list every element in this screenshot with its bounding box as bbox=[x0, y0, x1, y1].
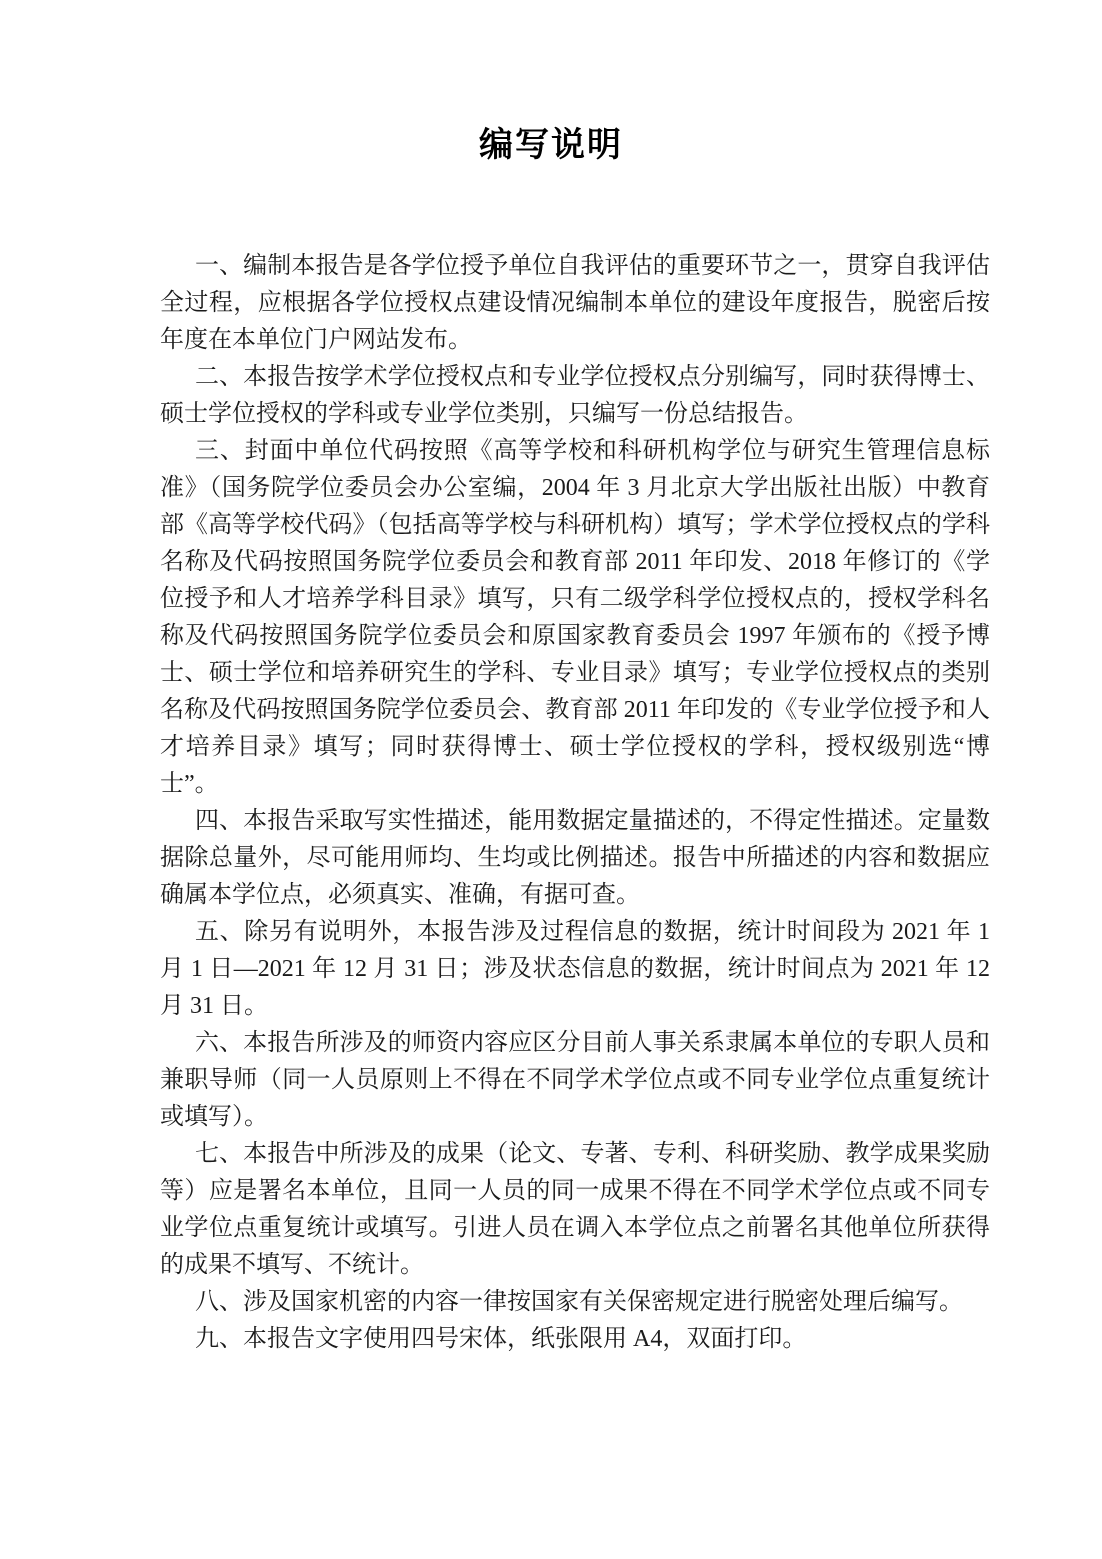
instruction-item-2: 二、本报告按学术学位授权点和专业学位授权点分别编写，同时获得博士、硕士学位授权的… bbox=[160, 359, 990, 433]
page-title: 编写说明 bbox=[0, 0, 1102, 168]
instruction-item-9: 九、本报告文字使用四号宋体，纸张限用 A4，双面打印。 bbox=[160, 1321, 990, 1358]
document-body: 一、编制本报告是各学位授予单位自我评估的重要环节之一，贯穿自我评估全过程，应根据… bbox=[160, 248, 990, 1358]
instruction-item-7: 七、本报告中所涉及的成果（论文、专著、专利、科研奖励、教学成果奖励等）应是署名本… bbox=[160, 1136, 990, 1284]
instruction-item-3: 三、封面中单位代码按照《高等学校和科研机构学位与研究生管理信息标准》（国务院学位… bbox=[160, 433, 990, 803]
instruction-item-6: 六、本报告所涉及的师资内容应区分目前人事关系隶属本单位的专职人员和兼职导师（同一… bbox=[160, 1025, 990, 1136]
instruction-item-4: 四、本报告采取写实性描述，能用数据定量描述的，不得定性描述。定量数据除总量外，尽… bbox=[160, 803, 990, 914]
instruction-item-8: 八、涉及国家机密的内容一律按国家有关保密规定进行脱密处理后编写。 bbox=[160, 1284, 990, 1321]
instruction-item-1: 一、编制本报告是各学位授予单位自我评估的重要环节之一，贯穿自我评估全过程，应根据… bbox=[160, 248, 990, 359]
document-page: 编写说明 一、编制本报告是各学位授予单位自我评估的重要环节之一，贯穿自我评估全过… bbox=[0, 0, 1102, 1559]
instruction-item-5: 五、除另有说明外，本报告涉及过程信息的数据，统计时间段为 2021 年 1 月 … bbox=[160, 914, 990, 1025]
